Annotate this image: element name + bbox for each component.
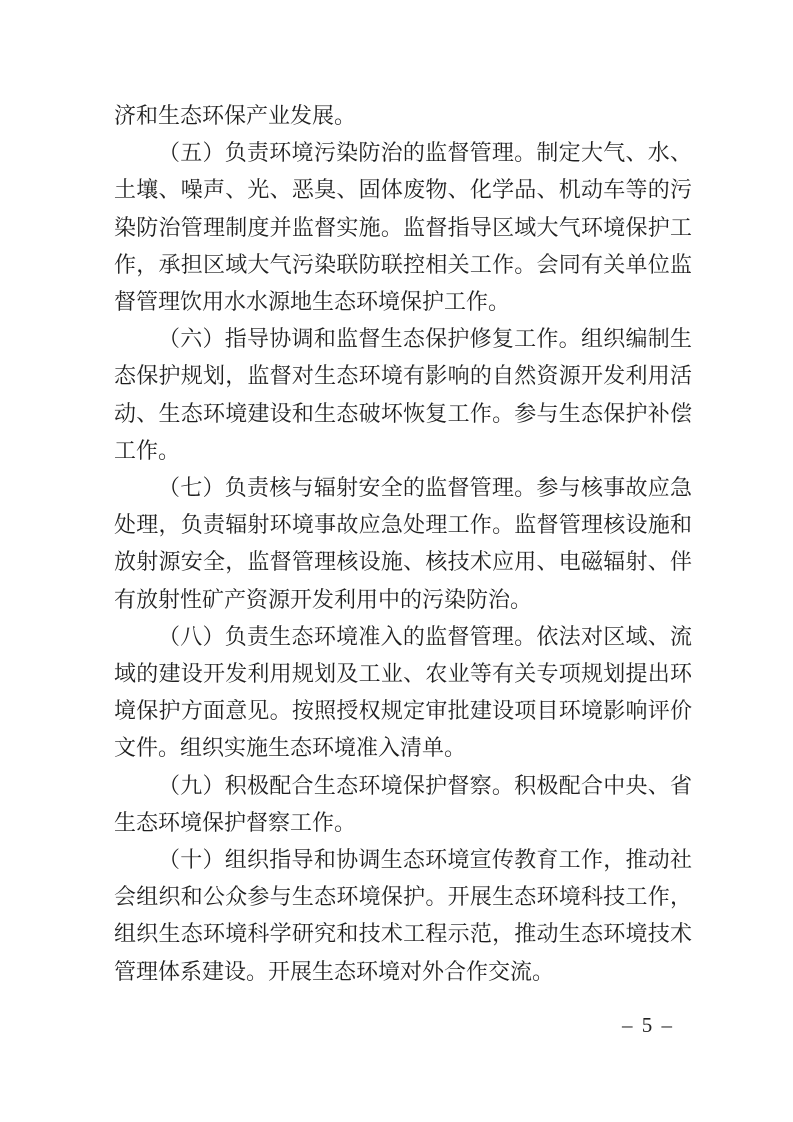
paragraph-continuation: 济和生态环保产业发展。 [114, 97, 692, 134]
document-body: 济和生态环保产业发展。 （五）负责环境污染防治的监督管理。制定大气、水、土壤、噪… [114, 97, 692, 990]
paragraph-item-8: （八）负责生态环境准入的监督管理。依法对区域、流域的建设开发利用规划及工业、农业… [114, 618, 692, 767]
paragraph-item-5: （五）负责环境污染防治的监督管理。制定大气、水、土壤、噪声、光、恶臭、固体废物、… [114, 134, 692, 320]
paragraph-item-6: （六）指导协调和监督生态保护修复工作。组织编制生态保护规划，监督对生态环境有影响… [114, 320, 692, 469]
paragraph-item-7: （七）负责核与辐射安全的监督管理。参与核事故应急处理，负责辐射环境事故应急处理工… [114, 469, 692, 618]
paragraph-item-10: （十）组织指导和协调生态环境宣传教育工作，推动社会组织和公众参与生态环境保护。开… [114, 841, 692, 990]
paragraph-item-9: （九）积极配合生态环境保护督察。积极配合中央、省生态环境保护督察工作。 [114, 767, 692, 841]
page-number: – 5 – [622, 1013, 674, 1038]
document-page: 济和生态环保产业发展。 （五）负责环境污染防治的监督管理。制定大气、水、土壤、噪… [0, 0, 793, 1122]
